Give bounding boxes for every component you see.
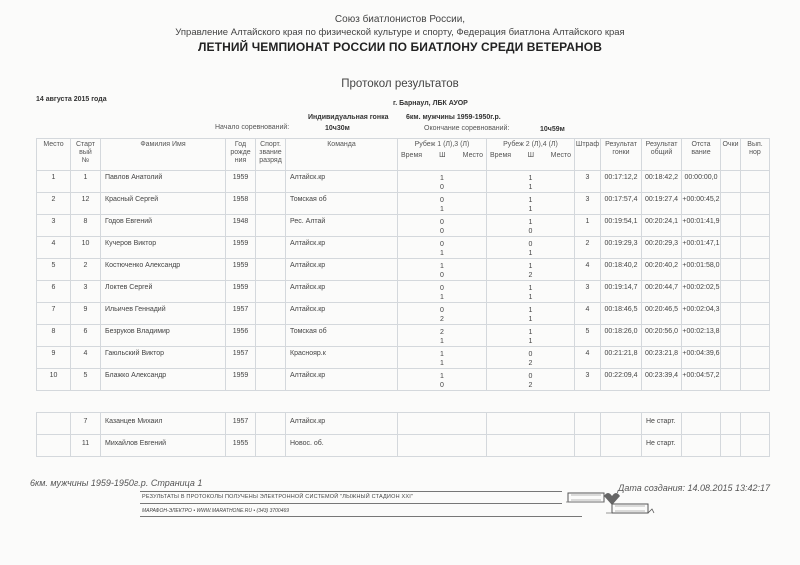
range2-cell xyxy=(487,435,575,457)
range1-shots-b: 1 xyxy=(440,205,444,214)
total-result-cell: 00:23:39,4 xyxy=(642,369,682,391)
norm-cell xyxy=(741,237,770,259)
points-cell xyxy=(721,193,741,215)
total-result-cell: 00:20:44,7 xyxy=(642,281,682,303)
year-cell: 1957 xyxy=(226,413,256,435)
penalty-cell xyxy=(575,413,601,435)
total-result-cell: 00:20:29,3 xyxy=(642,237,682,259)
table-row: 63Локтев Сергей1959Алтайск.кр0111300:19:… xyxy=(37,281,770,303)
table-row: 410Кучеров Виктор1959Алтайск.кр0101200:1… xyxy=(37,237,770,259)
name-cell: Казанцев Михаил xyxy=(101,413,226,435)
rank-cell xyxy=(256,215,286,237)
rank-cell xyxy=(256,413,286,435)
total-result-cell: 00:20:56,0 xyxy=(642,325,682,347)
table-row: 79Ильичев Геннадий1957Алтайск.кр0211400:… xyxy=(37,303,770,325)
range1-shots-a: 1 xyxy=(440,350,444,359)
team-cell: Алтайск.кр xyxy=(286,171,398,193)
range1-cell: 01 xyxy=(398,281,487,303)
bib-cell: 3 xyxy=(71,281,101,303)
place-cell: 3 xyxy=(37,215,71,237)
col-rank: Спорт. звание разряд xyxy=(256,139,286,171)
table-row: 86Безруков Владимир1956Томская об2111500… xyxy=(37,325,770,347)
name-cell: Павлов Анатолий xyxy=(101,171,226,193)
marathon-logo-icon xyxy=(566,490,656,518)
range1-shots-b: 2 xyxy=(440,315,444,324)
range2-shots-a: 0 xyxy=(529,372,533,381)
place-cell: 5 xyxy=(37,259,71,281)
norm-cell xyxy=(741,171,770,193)
status-cell: Не старт. xyxy=(642,435,682,457)
results-body: 11Павлов Анатолий1959Алтайск.кр1011300:1… xyxy=(37,171,770,457)
footer-category-page: 6км. мужчины 1959-1950г.р. Страница 1 xyxy=(30,478,202,488)
bib-cell: 9 xyxy=(71,303,101,325)
range2-shots-a: 1 xyxy=(529,196,533,205)
race-result-cell: 00:21:21,8 xyxy=(601,347,642,369)
norm-cell xyxy=(741,369,770,391)
name-cell: Михайлов Евгений xyxy=(101,435,226,457)
place-cell: 7 xyxy=(37,303,71,325)
range1-shots-a: 0 xyxy=(440,284,444,293)
rank-cell xyxy=(256,303,286,325)
end-value: 10ч59м xyxy=(540,126,565,133)
year-cell: 1957 xyxy=(226,303,256,325)
col-year-label: Год рожде ния xyxy=(230,141,252,165)
name-cell: Кучеров Виктор xyxy=(101,237,226,259)
norm-cell xyxy=(741,325,770,347)
range1-cell: 02 xyxy=(398,303,487,325)
range1-shots-b: 1 xyxy=(440,249,444,258)
team-cell: Алтайск.кр xyxy=(286,369,398,391)
rank-cell xyxy=(256,259,286,281)
points-cell xyxy=(721,281,741,303)
points-cell xyxy=(721,435,741,457)
range2-shots-b: 1 xyxy=(529,249,533,258)
range1-shots-a: 0 xyxy=(440,218,444,227)
range2-cell: 10 xyxy=(487,215,575,237)
norm-cell xyxy=(741,259,770,281)
race-result-cell: 00:18:46,5 xyxy=(601,303,642,325)
race-result-cell: 00:19:29,3 xyxy=(601,237,642,259)
penalty-cell: 4 xyxy=(575,303,601,325)
col-range2-label: Рубеж 2 (Л),4 (Л) xyxy=(487,141,574,149)
penalty-cell: 1 xyxy=(575,215,601,237)
table-row: 212Красный Сергей1958Томская об0111300:1… xyxy=(37,193,770,215)
penalty-cell: 3 xyxy=(575,193,601,215)
team-cell: Алтайск.кр xyxy=(286,259,398,281)
range1-cell: 01 xyxy=(398,193,487,215)
col-team: Команда xyxy=(286,139,398,171)
col-norm-label: Вып. нор xyxy=(746,141,764,157)
norm-cell xyxy=(741,303,770,325)
team-cell: Краснояр.к xyxy=(286,347,398,369)
team-cell: Алтайск.кр xyxy=(286,413,398,435)
bib-cell: 1 xyxy=(71,171,101,193)
gap-cell: +00:02:04,3 xyxy=(682,303,721,325)
range1-cell xyxy=(398,435,487,457)
range2-cell: 11 xyxy=(487,193,575,215)
norm-cell xyxy=(741,215,770,237)
race-result-cell xyxy=(601,435,642,457)
year-cell: 1959 xyxy=(226,171,256,193)
range2-shots-label: Ш xyxy=(528,152,534,160)
range1-time-label: Время xyxy=(401,152,422,160)
points-cell xyxy=(721,259,741,281)
year-cell: 1958 xyxy=(226,193,256,215)
range1-cell: 10 xyxy=(398,369,487,391)
penalty-cell: 3 xyxy=(575,171,601,193)
race-result-cell xyxy=(601,413,642,435)
col-gap-label: Отста вание xyxy=(688,141,714,157)
col-total-result-label: Результат общий xyxy=(643,141,681,157)
penalty-cell xyxy=(575,435,601,457)
range2-time-label: Время xyxy=(490,152,511,160)
col-name: Фамилия Имя xyxy=(101,139,226,171)
range1-shots-a: 0 xyxy=(440,306,444,315)
range1-cell: 01 xyxy=(398,237,487,259)
range2-shots-b: 1 xyxy=(529,293,533,302)
points-cell xyxy=(721,215,741,237)
col-norm: Вып. нор xyxy=(741,139,770,171)
team-cell: Алтайск.кр xyxy=(286,303,398,325)
norm-cell xyxy=(741,413,770,435)
col-bib: Старт вый № xyxy=(71,139,101,171)
range2-shots-b: 1 xyxy=(529,315,533,324)
total-result-cell: 00:20:46,5 xyxy=(642,303,682,325)
points-cell xyxy=(721,347,741,369)
table-row: 38Годов Евгений1948Рес. Алтай0010100:19:… xyxy=(37,215,770,237)
gap-cell xyxy=(682,413,721,435)
table-row: 11Павлов Анатолий1959Алтайск.кр1011300:1… xyxy=(37,171,770,193)
section-divider xyxy=(37,391,770,413)
year-cell: 1959 xyxy=(226,237,256,259)
race-result-cell: 00:17:12,2 xyxy=(601,171,642,193)
event-place: г. Барнаул, ЛБК АУОР xyxy=(393,100,468,107)
year-cell: 1957 xyxy=(226,347,256,369)
range2-cell: 11 xyxy=(487,303,575,325)
race-category: 6км. мужчины 1959-1950г.р. xyxy=(406,114,501,121)
col-total-result: Результат общий xyxy=(642,139,682,171)
start-value: 10ч30м xyxy=(325,125,350,132)
range1-shots-b: 0 xyxy=(440,271,444,280)
total-result-cell: 00:19:27,4 xyxy=(642,193,682,215)
range2-cell: 01 xyxy=(487,237,575,259)
year-cell: 1959 xyxy=(226,369,256,391)
rank-cell xyxy=(256,347,286,369)
points-cell xyxy=(721,237,741,259)
points-cell xyxy=(721,369,741,391)
team-cell: Новос. об. xyxy=(286,435,398,457)
gap-cell: +00:04:39,6 xyxy=(682,347,721,369)
range2-shots-b: 1 xyxy=(529,183,533,192)
total-result-cell: 00:23:21,8 xyxy=(642,347,682,369)
rank-cell xyxy=(256,193,286,215)
name-cell: Костюченко Александр xyxy=(101,259,226,281)
col-place: Место xyxy=(37,139,71,171)
range1-shots-b: 0 xyxy=(440,183,444,192)
range1-place-label: Место xyxy=(463,152,483,160)
rank-cell xyxy=(256,237,286,259)
divider-cell xyxy=(37,391,770,413)
total-result-cell: 00:18:42,2 xyxy=(642,171,682,193)
col-race-result-label: Результат гонки xyxy=(602,141,640,157)
range2-shots-a: 1 xyxy=(529,306,533,315)
bib-cell: 8 xyxy=(71,215,101,237)
rank-cell xyxy=(256,369,286,391)
bib-cell: 10 xyxy=(71,237,101,259)
range2-shots-b: 2 xyxy=(529,271,533,280)
year-cell: 1955 xyxy=(226,435,256,457)
col-race-result: Результат гонки xyxy=(601,139,642,171)
col-penalty: Штраф xyxy=(575,139,601,171)
penalty-cell: 3 xyxy=(575,281,601,303)
gap-cell xyxy=(682,435,721,457)
range1-cell: 10 xyxy=(398,171,487,193)
range1-shots-a: 0 xyxy=(440,240,444,249)
status-cell: Не старт. xyxy=(642,413,682,435)
bib-cell: 7 xyxy=(71,413,101,435)
championship-title: ЛЕТНИЙ ЧЕМПИОНАТ РОССИИ ПО БИАТЛОНУ СРЕД… xyxy=(0,40,800,54)
place-cell: 9 xyxy=(37,347,71,369)
name-cell: Годов Евгений xyxy=(101,215,226,237)
penalty-cell: 4 xyxy=(575,347,601,369)
norm-cell xyxy=(741,281,770,303)
range2-cell: 11 xyxy=(487,281,575,303)
results-table: Место Старт вый № Фамилия Имя Год рожде … xyxy=(36,138,770,457)
points-cell xyxy=(721,171,741,193)
place-cell: 4 xyxy=(37,237,71,259)
range2-cell: 02 xyxy=(487,369,575,391)
start-label: Начало соревнований: xyxy=(215,124,289,131)
bib-cell: 6 xyxy=(71,325,101,347)
col-points: Очки xyxy=(721,139,741,171)
table-row: 105Блажко Александр1959Алтайск.кр1002300… xyxy=(37,369,770,391)
col-range1-label: Рубеж 1 (Л),3 (Л) xyxy=(398,141,486,149)
penalty-cell: 3 xyxy=(575,369,601,391)
org-line-1: Союз биатлонистов России, xyxy=(0,14,800,25)
year-cell: 1948 xyxy=(226,215,256,237)
race-result-cell: 00:19:54,1 xyxy=(601,215,642,237)
team-cell: Алтайск.кр xyxy=(286,281,398,303)
range2-cell: 11 xyxy=(487,325,575,347)
bib-cell: 5 xyxy=(71,369,101,391)
range2-shots-b: 2 xyxy=(529,359,533,368)
range2-shots-a: 1 xyxy=(529,328,533,337)
range2-place-label: Место xyxy=(551,152,571,160)
rank-cell xyxy=(256,435,286,457)
bib-cell: 11 xyxy=(71,435,101,457)
range2-shots-b: 1 xyxy=(529,205,533,214)
table-row: 94Гаюльский Виктор1957Краснояр.к1102400:… xyxy=(37,347,770,369)
place-cell: 2 xyxy=(37,193,71,215)
col-range2: Рубеж 2 (Л),4 (Л) Время Ш Место xyxy=(487,139,575,171)
org-line-2: Управление Алтайского края по физической… xyxy=(0,27,800,38)
range2-shots-a: 1 xyxy=(529,284,533,293)
team-cell: Томская об xyxy=(286,325,398,347)
bib-cell: 4 xyxy=(71,347,101,369)
team-cell: Томская об xyxy=(286,193,398,215)
team-cell: Алтайск.кр xyxy=(286,237,398,259)
gap-cell: +00:01:47,1 xyxy=(682,237,721,259)
protocol-title: Протокол результатов xyxy=(0,78,800,90)
rank-cell xyxy=(256,325,286,347)
range2-shots-b: 2 xyxy=(529,381,533,390)
range2-cell xyxy=(487,413,575,435)
range2-shots-b: 0 xyxy=(529,227,533,236)
gap-cell: +00:01:58,0 xyxy=(682,259,721,281)
name-cell: Безруков Владимир xyxy=(101,325,226,347)
rank-cell xyxy=(256,171,286,193)
range1-subheader: Время Ш Место xyxy=(398,152,486,160)
total-result-cell: 00:20:24,1 xyxy=(642,215,682,237)
range2-cell: 11 xyxy=(487,171,575,193)
year-cell: 1959 xyxy=(226,281,256,303)
range1-shots-b: 1 xyxy=(440,337,444,346)
place-cell xyxy=(37,413,71,435)
range1-shots-a: 1 xyxy=(440,174,444,183)
range2-cell: 12 xyxy=(487,259,575,281)
range1-shots-b: 0 xyxy=(440,381,444,390)
place-cell: 8 xyxy=(37,325,71,347)
name-cell: Ильичев Геннадий xyxy=(101,303,226,325)
penalty-cell: 4 xyxy=(575,259,601,281)
name-cell: Локтев Сергей xyxy=(101,281,226,303)
range2-shots-a: 1 xyxy=(529,174,533,183)
range2-shots-a: 0 xyxy=(529,350,533,359)
name-cell: Блажко Александр xyxy=(101,369,226,391)
total-result-cell: 00:20:40,2 xyxy=(642,259,682,281)
col-bib-label: Старт вый № xyxy=(76,141,96,165)
event-date: 14 августа 2015 года xyxy=(36,96,107,103)
points-cell xyxy=(721,325,741,347)
col-range1: Рубеж 1 (Л),3 (Л) Время Ш Место xyxy=(398,139,487,171)
range1-shots-b: 1 xyxy=(440,293,444,302)
penalty-cell: 5 xyxy=(575,325,601,347)
norm-cell xyxy=(741,435,770,457)
gap-cell: +00:01:41,9 xyxy=(682,215,721,237)
norm-cell xyxy=(741,347,770,369)
range2-shots-a: 0 xyxy=(529,240,533,249)
col-rank-label: Спорт. звание разряд xyxy=(258,141,284,165)
rank-cell xyxy=(256,281,286,303)
race-result-cell: 00:18:40,2 xyxy=(601,259,642,281)
gap-cell: 00:00:00,0 xyxy=(682,171,721,193)
col-year: Год рожде ния xyxy=(226,139,256,171)
place-cell: 10 xyxy=(37,369,71,391)
race-result-cell: 00:18:26,0 xyxy=(601,325,642,347)
range2-shots-a: 1 xyxy=(529,218,533,227)
range1-shots-a: 0 xyxy=(440,196,444,205)
table-row: 52Костюченко Александр1959Алтайск.кр1012… xyxy=(37,259,770,281)
range1-cell: 21 xyxy=(398,325,487,347)
range1-cell: 10 xyxy=(398,259,487,281)
norm-cell xyxy=(741,193,770,215)
name-cell: Красный Сергей xyxy=(101,193,226,215)
race-result-cell: 00:19:14,7 xyxy=(601,281,642,303)
range2-shots-b: 1 xyxy=(529,337,533,346)
range1-shots-b: 0 xyxy=(440,227,444,236)
range1-shots-a: 1 xyxy=(440,372,444,381)
contact-line: МАРАФОН-ЭЛЕКТРО • WWW.MARATHONE.RU • (34… xyxy=(140,506,582,517)
range1-cell: 11 xyxy=(398,347,487,369)
gap-cell: +00:00:45,2 xyxy=(682,193,721,215)
col-gap: Отста вание xyxy=(682,139,721,171)
year-cell: 1959 xyxy=(226,259,256,281)
system-line: РЕЗУЛЬТАТЫ В ПРОТОКОЛЫ ПОЛУЧЕНЫ ЭЛЕКТРОН… xyxy=(140,491,562,504)
year-cell: 1956 xyxy=(226,325,256,347)
gap-cell: +00:04:57,2 xyxy=(682,369,721,391)
range2-shots-a: 1 xyxy=(529,262,533,271)
dns-row: 11Михайлов Евгений1955Новос. об.Не старт… xyxy=(37,435,770,457)
range1-shots-label: Ш xyxy=(439,152,445,160)
race-result-cell: 00:17:57,4 xyxy=(601,193,642,215)
place-cell: 1 xyxy=(37,171,71,193)
race-result-cell: 00:22:09,4 xyxy=(601,369,642,391)
gap-cell: +00:02:02,5 xyxy=(682,281,721,303)
range1-shots-a: 2 xyxy=(440,328,444,337)
range1-shots-b: 1 xyxy=(440,359,444,368)
place-cell xyxy=(37,435,71,457)
name-cell: Гаюльский Виктор xyxy=(101,347,226,369)
penalty-cell: 2 xyxy=(575,237,601,259)
range1-shots-a: 1 xyxy=(440,262,444,271)
dns-row: 7Казанцев Михаил1957Алтайск.крНе старт. xyxy=(37,413,770,435)
points-cell xyxy=(721,303,741,325)
place-cell: 6 xyxy=(37,281,71,303)
gap-cell: +00:02:13,8 xyxy=(682,325,721,347)
race-type: Индивидуальная гонка xyxy=(308,114,388,121)
bib-cell: 2 xyxy=(71,259,101,281)
range2-subheader: Время Ш Место xyxy=(487,152,574,160)
points-cell xyxy=(721,413,741,435)
team-cell: Рес. Алтай xyxy=(286,215,398,237)
bib-cell: 12 xyxy=(71,193,101,215)
range1-cell xyxy=(398,413,487,435)
range2-cell: 02 xyxy=(487,347,575,369)
end-label: Окончание соревнований: xyxy=(424,125,509,132)
range1-cell: 00 xyxy=(398,215,487,237)
